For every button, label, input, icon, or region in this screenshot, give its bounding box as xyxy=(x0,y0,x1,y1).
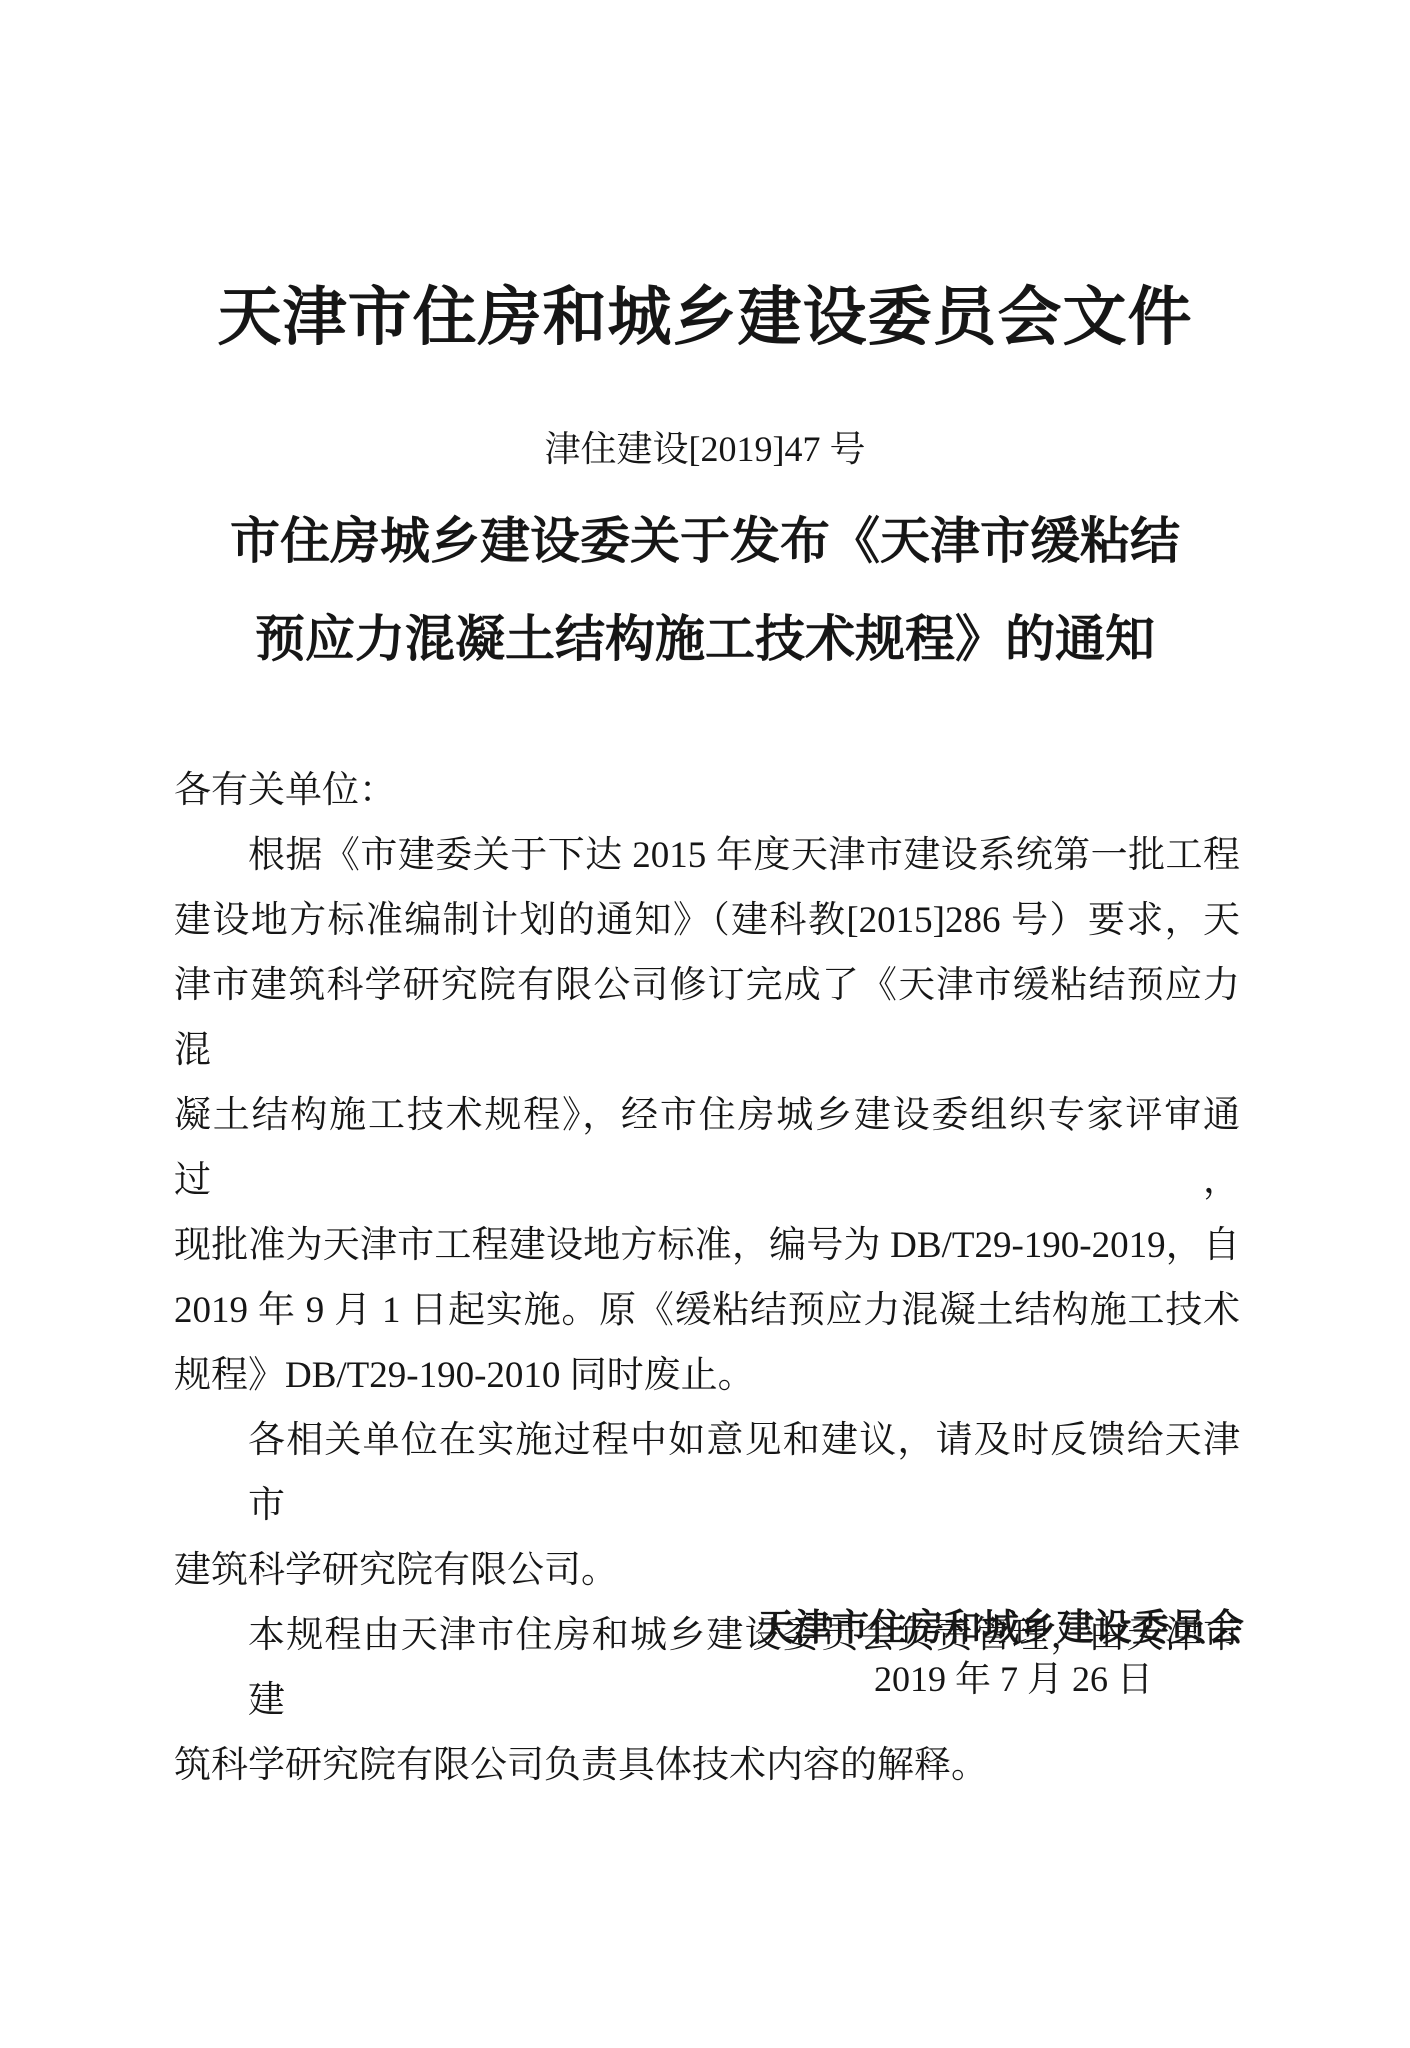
body-line: 津市建筑科学研究院有限公司修订完成了《天津市缓粘结预应力混 xyxy=(174,953,1240,1083)
subject-title-line-2: 预应力混凝土结构施工技术规程》的通知 xyxy=(0,613,1410,665)
body-line: 各相关单位在实施过程中如意见和建议，请及时反馈给天津市 xyxy=(174,1408,1240,1538)
body-line: 规程》DB/T29-190-2010 同时废止。 xyxy=(174,1343,1240,1408)
signature-organization: 天津市住房和城乡建设委员会 xyxy=(757,1608,1245,1648)
subject-title-line-1: 市住房城乡建设委关于发布《天津市缓粘结 xyxy=(0,515,1410,567)
salutation: 各有关单位： xyxy=(174,758,1240,823)
body-line: 凝土结构施工技术规程》，经市住房城乡建设委组织专家评审通过， xyxy=(174,1083,1240,1213)
body-line: 建设地方标准编制计划的通知》（建科教[2015]286 号）要求，天 xyxy=(174,888,1240,953)
document-masthead-title: 天津市住房和城乡建设委员会文件 xyxy=(0,285,1410,351)
body-line: 筑科学研究院有限公司负责具体技术内容的解释。 xyxy=(174,1733,1240,1798)
body-line: 根据《市建委关于下达 2015 年度天津市建设系统第一批工程 xyxy=(174,823,1240,888)
body-line: 现批准为天津市工程建设地方标准，编号为 DB/T29-190-2019，自 xyxy=(174,1213,1240,1278)
document-number: 津住建设[2019]47 号 xyxy=(0,430,1410,468)
body-line: 建筑科学研究院有限公司。 xyxy=(174,1538,1240,1603)
signature-date: 2019 年 7 月 26 日 xyxy=(874,1660,1153,1698)
body-line: 2019 年 9 月 1 日起实施。原《缓粘结预应力混凝土结构施工技术 xyxy=(174,1278,1240,1343)
scanned-official-document: 天津市住房和城乡建设委员会文件 津住建设[2019]47 号 市住房城乡建设委关… xyxy=(0,0,1410,2048)
